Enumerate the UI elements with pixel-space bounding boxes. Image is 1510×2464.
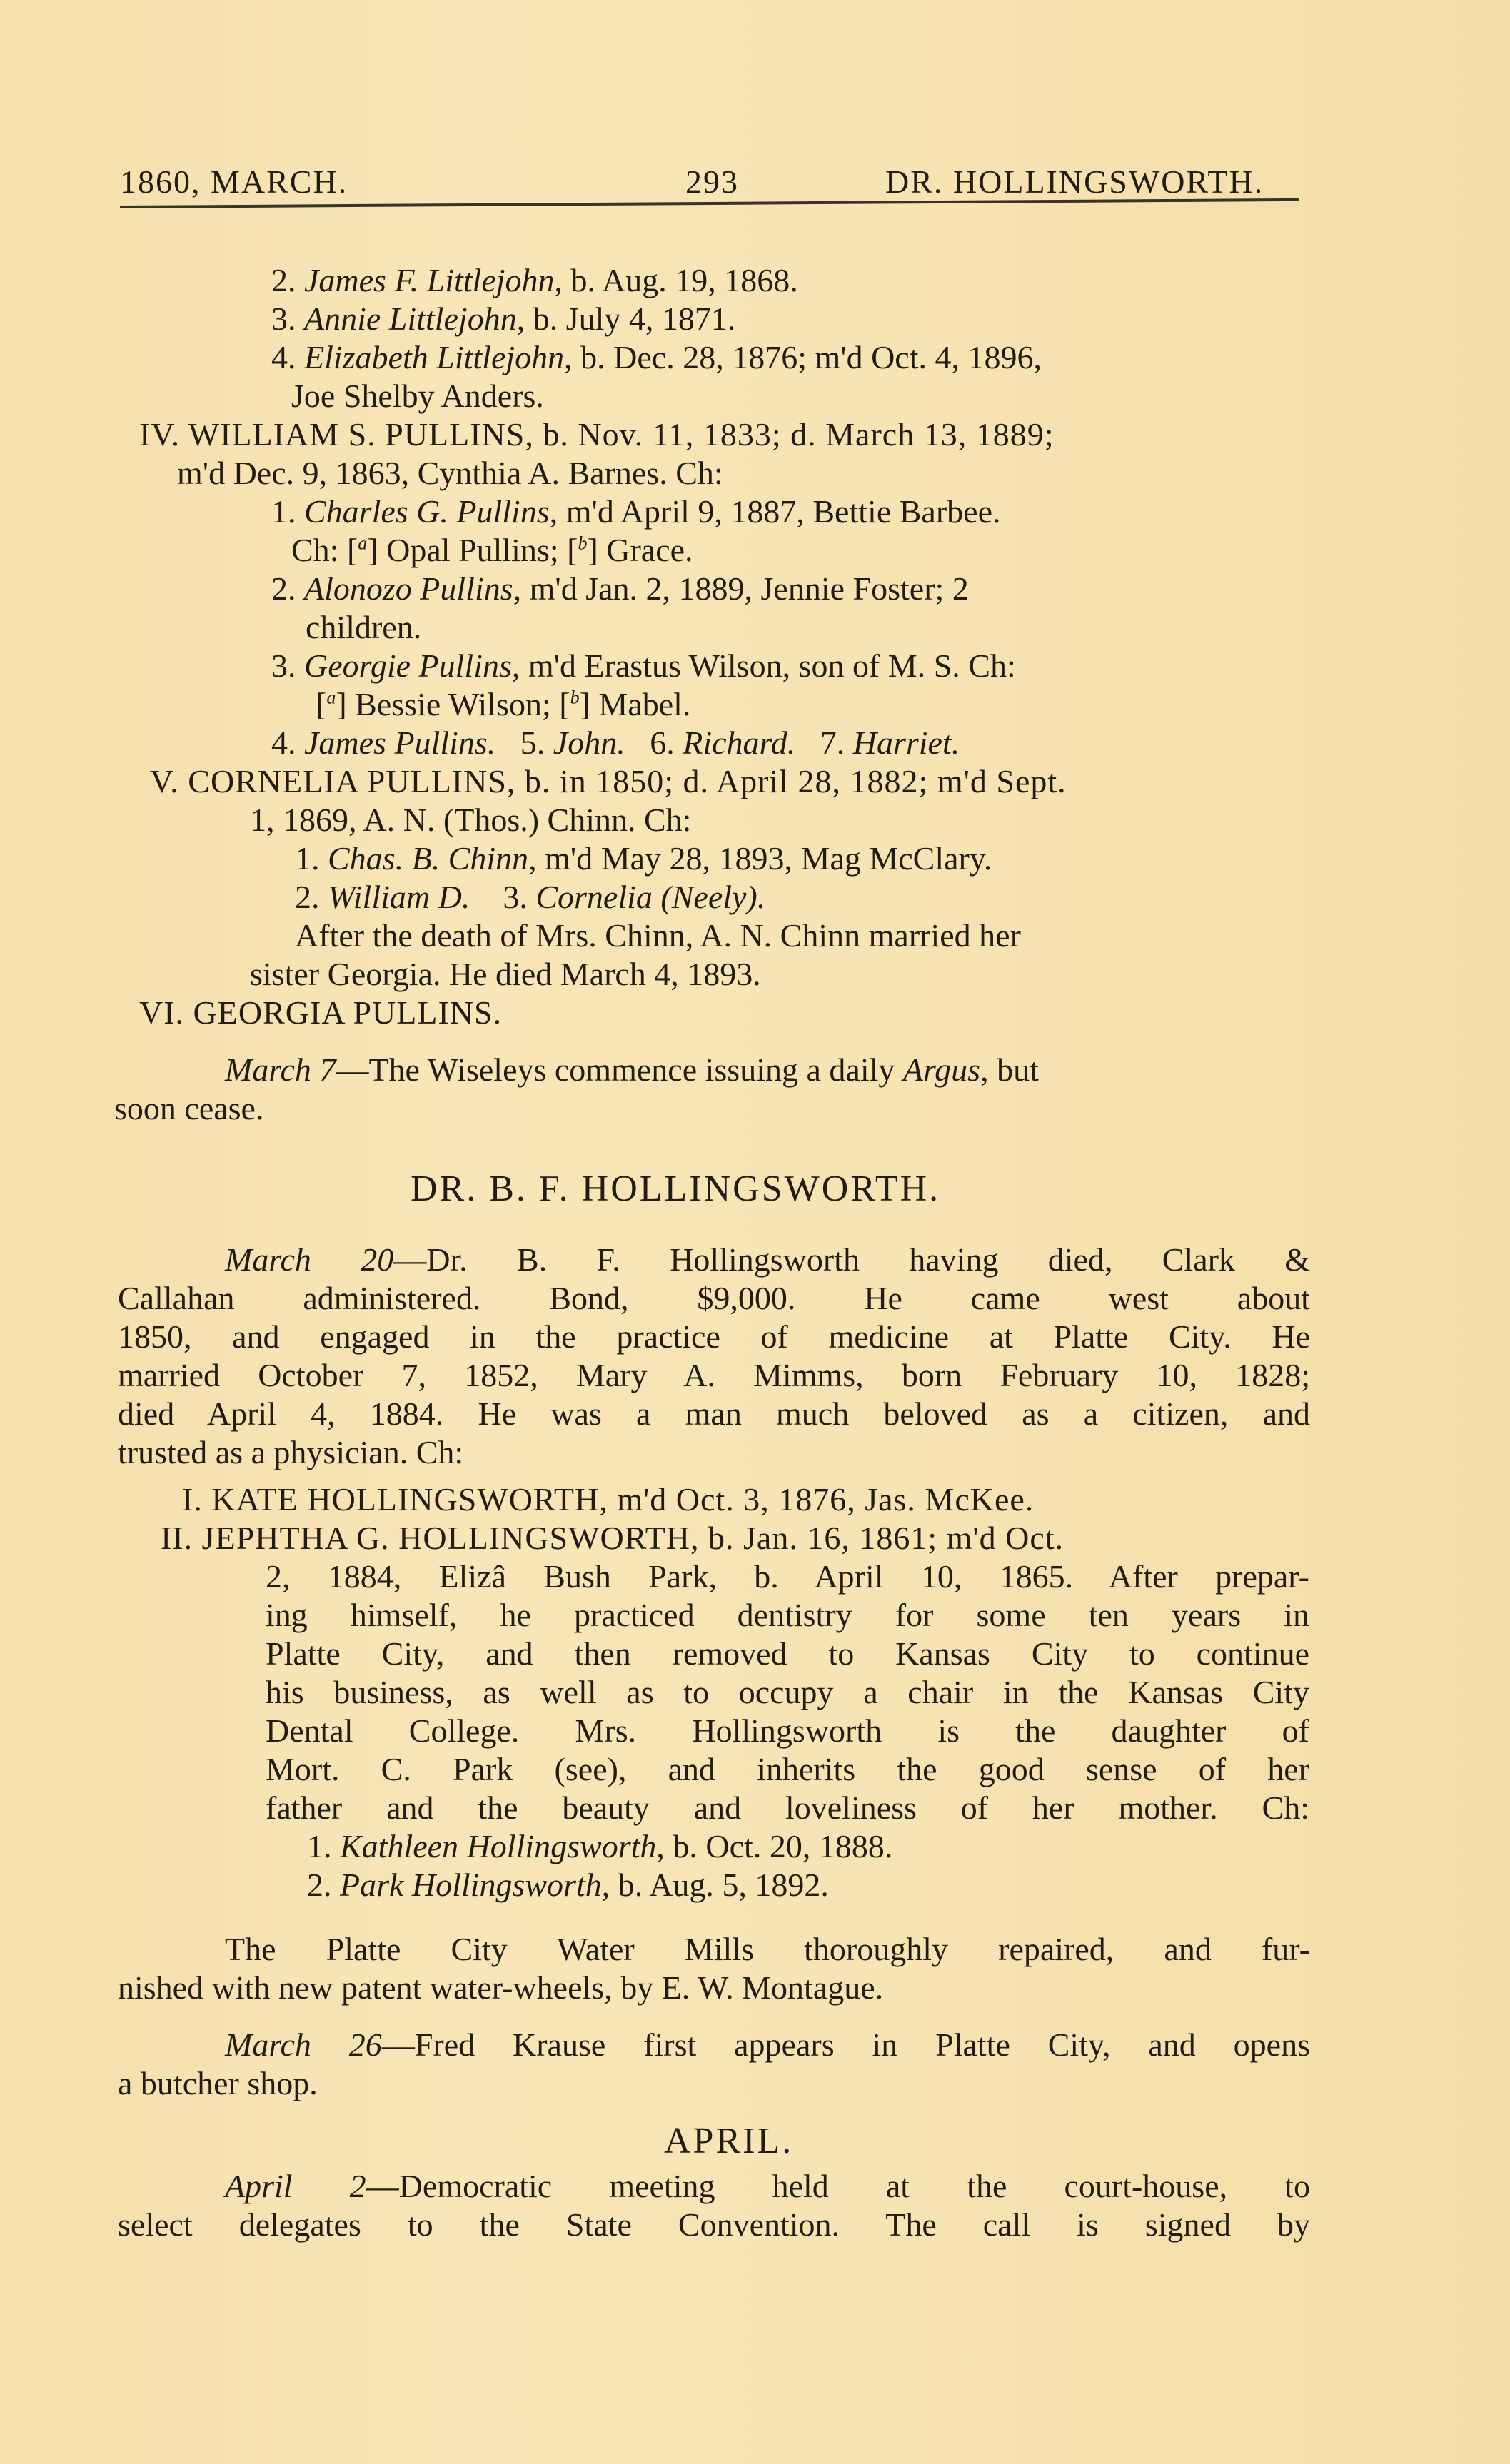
chronicle-entry: The Platte City Water Mills thoroughly r…	[225, 1933, 1310, 1966]
child-name: Charles G. Pullins	[304, 493, 550, 530]
list-item: 1. Chas. B. Chinn, m'd May 28, 1893, Mag…	[295, 842, 992, 875]
entry-date: March 20	[225, 1241, 393, 1278]
entry-date: March 26	[225, 2026, 382, 2063]
list-item: 2. James F. Littlejohn, b. Aug. 19, 1868…	[271, 264, 798, 297]
text-line: select delegates to the State Convention…	[118, 2208, 1310, 2241]
section-heading: DR. B. F. HOLLINGSWORTH.	[411, 1168, 940, 1210]
list-item: 1. Charles G. Pullins, m'd April 9, 1887…	[271, 495, 1001, 528]
running-header-left: 1860, MARCH.	[120, 163, 348, 201]
child-name: Elizabeth Littlejohn	[304, 339, 564, 375]
entry-date: April 2	[225, 2168, 366, 2204]
text-line: Joe Shelby Anders.	[291, 380, 544, 413]
list-item: 4. James Pullins. 5. John. 6. Richard. 7…	[271, 727, 960, 759]
running-header-right: DR. HOLLINGSWORTH.	[885, 163, 1264, 201]
book-page: 1860, MARCH. 293 DR. HOLLINGSWORTH. 2. J…	[0, 0, 1510, 2464]
text-line: 1850, and engaged in the practice of med…	[118, 1321, 1310, 1353]
child-name: Kathleen Hollingsworth	[340, 1828, 656, 1864]
child-name: Annie Littlejohn	[304, 301, 517, 337]
text-line: a butcher shop.	[118, 2067, 318, 2100]
text-line: Callahan administered. Bond, $9,000. He …	[118, 1282, 1310, 1315]
list-item: 4. Elizabeth Littlejohn, b. Dec. 28, 187…	[271, 341, 1042, 374]
text-line: ing himself, he practiced dentistry for …	[266, 1599, 1309, 1632]
genealogy-entry-heading: II. JEPHTHA G. HOLLINGSWORTH, b. Jan. 16…	[161, 1522, 1064, 1555]
genealogy-entry-heading: I. KATE HOLLINGSWORTH, m'd Oct. 3, 1876,…	[182, 1483, 1034, 1516]
entry-date: March 7	[225, 1051, 336, 1088]
month-heading: APRIL.	[664, 2120, 793, 2162]
text-line: m'd Dec. 9, 1863, Cynthia A. Barnes. Ch:	[177, 457, 723, 490]
text-line: father and the beauty and loveliness of …	[266, 1792, 1309, 1824]
list-item: 3. Georgie Pullins, m'd Erastus Wilson, …	[271, 650, 1016, 682]
chronicle-entry: March 20—Dr. B. F. Hollingsworth having …	[225, 1243, 1310, 1276]
genealogy-entry-heading: IV. WILLIAM S. PULLINS, b. Nov. 11, 1833…	[139, 418, 1055, 451]
list-item: 2. William D. 3. Cornelia (Neely).	[295, 881, 765, 914]
child-name: James F. Littlejohn	[304, 262, 555, 298]
text-line: trusted as a physician. Ch:	[118, 1436, 463, 1469]
newspaper-title: Argus	[903, 1051, 980, 1088]
chronicle-entry: March 26—Fred Krause first appears in Pl…	[225, 2029, 1310, 2061]
text-line: Platte City, and then removed to Kansas …	[266, 1637, 1309, 1670]
text-line: 1, 1869, A. N. (Thos.) Chinn. Ch:	[250, 804, 691, 837]
text-line: nished with new patent water-wheels, by …	[118, 1971, 883, 2004]
list-item: 2. Park Hollingsworth, b. Aug. 5, 1892.	[307, 1869, 829, 1902]
child-name: Alonozo Pullins	[304, 570, 513, 607]
text-line: Dental College. Mrs. Hollingsworth is th…	[266, 1715, 1309, 1747]
text-line: Ch: [a] Opal Pullins; [b] Grace.	[291, 534, 693, 567]
child-name: Park Hollingsworth	[340, 1867, 602, 1903]
chronicle-entry: April 2—Democratic meeting held at the c…	[225, 2170, 1310, 2203]
child-name: Chas. B. Chinn	[328, 840, 528, 877]
text-line: children.	[306, 611, 421, 644]
text-line: After the death of Mrs. Chinn, A. N. Chi…	[295, 919, 1021, 952]
text-line: 2, 1884, Elizâ Bush Park, b. April 10, 1…	[266, 1560, 1309, 1593]
text-line: died April 4, 1884. He was a man much be…	[118, 1398, 1310, 1430]
list-item: 3. Annie Littlejohn, b. July 4, 1871.	[271, 303, 735, 335]
text-line: soon cease.	[114, 1092, 263, 1125]
genealogy-entry-heading: V. CORNELIA PULLINS, b. in 1850; d. Apri…	[150, 765, 1067, 798]
text-line: sister Georgia. He died March 4, 1893.	[250, 958, 761, 991]
text-line: Mort. C. Park (see), and inherits the go…	[266, 1753, 1309, 1786]
chronicle-entry: March 7—The Wiseleys commence issuing a …	[225, 1054, 1039, 1086]
child-name: Georgie Pullins	[304, 647, 512, 684]
list-item: 1. Kathleen Hollingsworth, b. Oct. 20, 1…	[307, 1830, 892, 1863]
text-line: [a] Bessie Wilson; [b] Mabel.	[316, 688, 690, 721]
text-line: his business, as well as to occupy a cha…	[266, 1676, 1309, 1709]
text-line: married October 7, 1852, Mary A. Mimms, …	[118, 1359, 1310, 1392]
page-number: 293	[685, 163, 739, 201]
list-item: 2. Alonozo Pullins, m'd Jan. 2, 1889, Je…	[271, 572, 969, 605]
genealogy-entry-heading: VI. GEORGIA PULLINS.	[139, 996, 502, 1029]
